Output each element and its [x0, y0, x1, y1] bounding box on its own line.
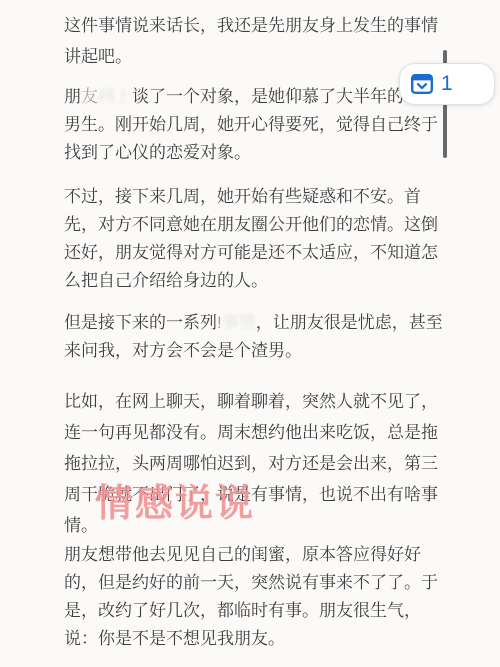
- text-line: 说：你是不是不想见我朋友。: [64, 625, 446, 653]
- paragraph-3: 不过，接下来几周，她开始有些疑惑和不安。首先，对方不同意她在朋友圈公开他们的恋情…: [64, 183, 446, 295]
- text-line: 朋友网上谈了一个对象，是她仰慕了大半年的: [64, 83, 446, 111]
- text-line: 周干脆就不出门了，说是有事情，也说不出有啥事: [64, 479, 446, 510]
- text-line: 先，对方不同意她在朋友圈公开他们的恋情。这倒: [64, 211, 446, 239]
- text-line: 是，改约了好几次，都临时有事。朋友很生气，: [64, 597, 446, 625]
- paragraph-4: 但是接下来的一系列!事情，让朋友很是忧虑，甚至来问我，对方会不会是个渣男。: [64, 309, 446, 365]
- text-line: 连一句再见都没有。周末想约他出来吃饭，总是拖: [64, 417, 446, 448]
- text-line: 拖拉拉，头两周哪怕迟到，对方还是会出来，第三: [64, 448, 446, 479]
- article-page: 这件事情说来话长，我还是先朋友身上发生的事情讲起吧。朋友网上谈了一个对象，是她仰…: [0, 0, 500, 667]
- paragraph-5: 比如，在网上聊天，聊着聊着，突然人就不见了，连一句再见都没有。周末想约他出来吃饭…: [64, 386, 446, 541]
- text-line: 比如，在网上聊天，聊着聊着，突然人就不见了，: [64, 386, 446, 417]
- collections-badge-pill[interactable]: 1: [399, 63, 495, 105]
- text-line: 朋友想带他去见见自己的闺蜜，原本答应得好好: [64, 541, 446, 569]
- text-line: 不过，接下来几周，她开始有些疑惑和不安。首: [64, 183, 446, 211]
- text-line: 来问我，对方会不会是个渣男。: [64, 337, 446, 365]
- text-line: 男生。刚开始几周，她开心得要死，觉得自己终于: [64, 111, 446, 139]
- text-line: 情。: [64, 510, 446, 541]
- paragraph-1: 这件事情说来话长，我还是先朋友身上发生的事情讲起吧。: [64, 10, 446, 72]
- text-line: 但是接下来的一系列!事情，让朋友很是忧虑，甚至: [64, 309, 446, 337]
- text-line: 还好，朋友觉得对方可能是还不太适应，不知道怎: [64, 239, 446, 267]
- paragraph-6: 朋友想带他去见见自己的闺蜜，原本答应得好好的，但是约好的前一天，突然说有事来不了…: [64, 541, 446, 653]
- text-line: 么把自己介绍给身边的人。: [64, 267, 446, 295]
- text-line: 这件事情说来话长，我还是先朋友身上发生的事情: [64, 10, 446, 41]
- text-line: 的，但是约好的前一天，突然说有事来不了了。于: [64, 569, 446, 597]
- badge-count: 1: [441, 72, 453, 96]
- collections-chevron-icon: [410, 72, 434, 96]
- text-line: 讲起吧。: [64, 41, 446, 72]
- paragraph-2: 朋友网上谈了一个对象，是她仰慕了大半年的男生。刚开始几周，她开心得要死，觉得自己…: [64, 83, 446, 167]
- text-line: 找到了心仪的恋爱对象。: [64, 139, 446, 167]
